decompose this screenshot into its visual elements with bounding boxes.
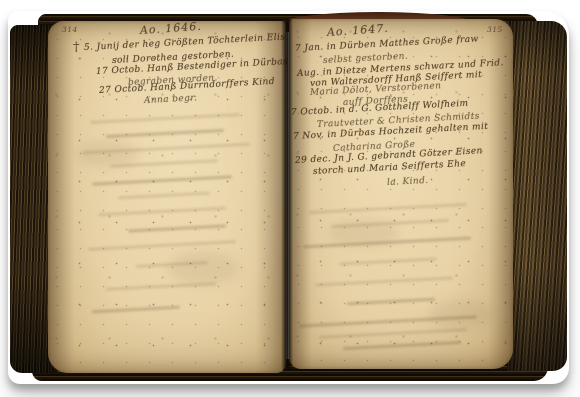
handwritten-line: 7 Jan. in Dürben Matthes Große fraw [295,35,479,54]
open-book: 314 Ao. 1646. † 5. Junij der heg Größten… [8,11,569,384]
handwritten-line: Anna begr. [144,94,198,106]
ghost-writing [118,192,210,200]
ghost-writing [90,113,240,124]
handwritten-line: 5. Junij der heg Größten Töchterlein Eli… [84,33,289,53]
ghost-writing [319,328,467,339]
ghost-writing [98,207,226,217]
ghost-writing [343,341,461,350]
ghost-writing [315,276,453,286]
page-stain [429,299,493,329]
handwritten-line: la. Kind. [387,177,429,188]
ghost-writing [92,175,232,185]
page-heading: Ao. 1647. [327,23,389,38]
page-folio: 314 [62,25,78,34]
page-heading: Ao. 1646. [140,21,202,36]
spine-gutter [281,19,293,371]
ghost-writing [128,224,226,232]
ghost-writing [88,240,236,251]
ghost-writing [339,257,437,265]
fore-edge-right [507,21,567,371]
ghost-writing [309,203,467,214]
left-page: 314 Ao. 1646. † 5. Junij der heg Größten… [48,21,286,373]
right-page: 315 Ao. 1647. 7 Jan. in Dürben Matthes G… [289,19,513,369]
ghost-writing [106,129,224,138]
ghost-writing [106,282,216,291]
ghost-writing [347,298,435,306]
page-stain [168,251,238,285]
page-folio: 315 [487,25,503,34]
ghost-writing [92,306,180,314]
margin-cross: † [73,40,80,55]
